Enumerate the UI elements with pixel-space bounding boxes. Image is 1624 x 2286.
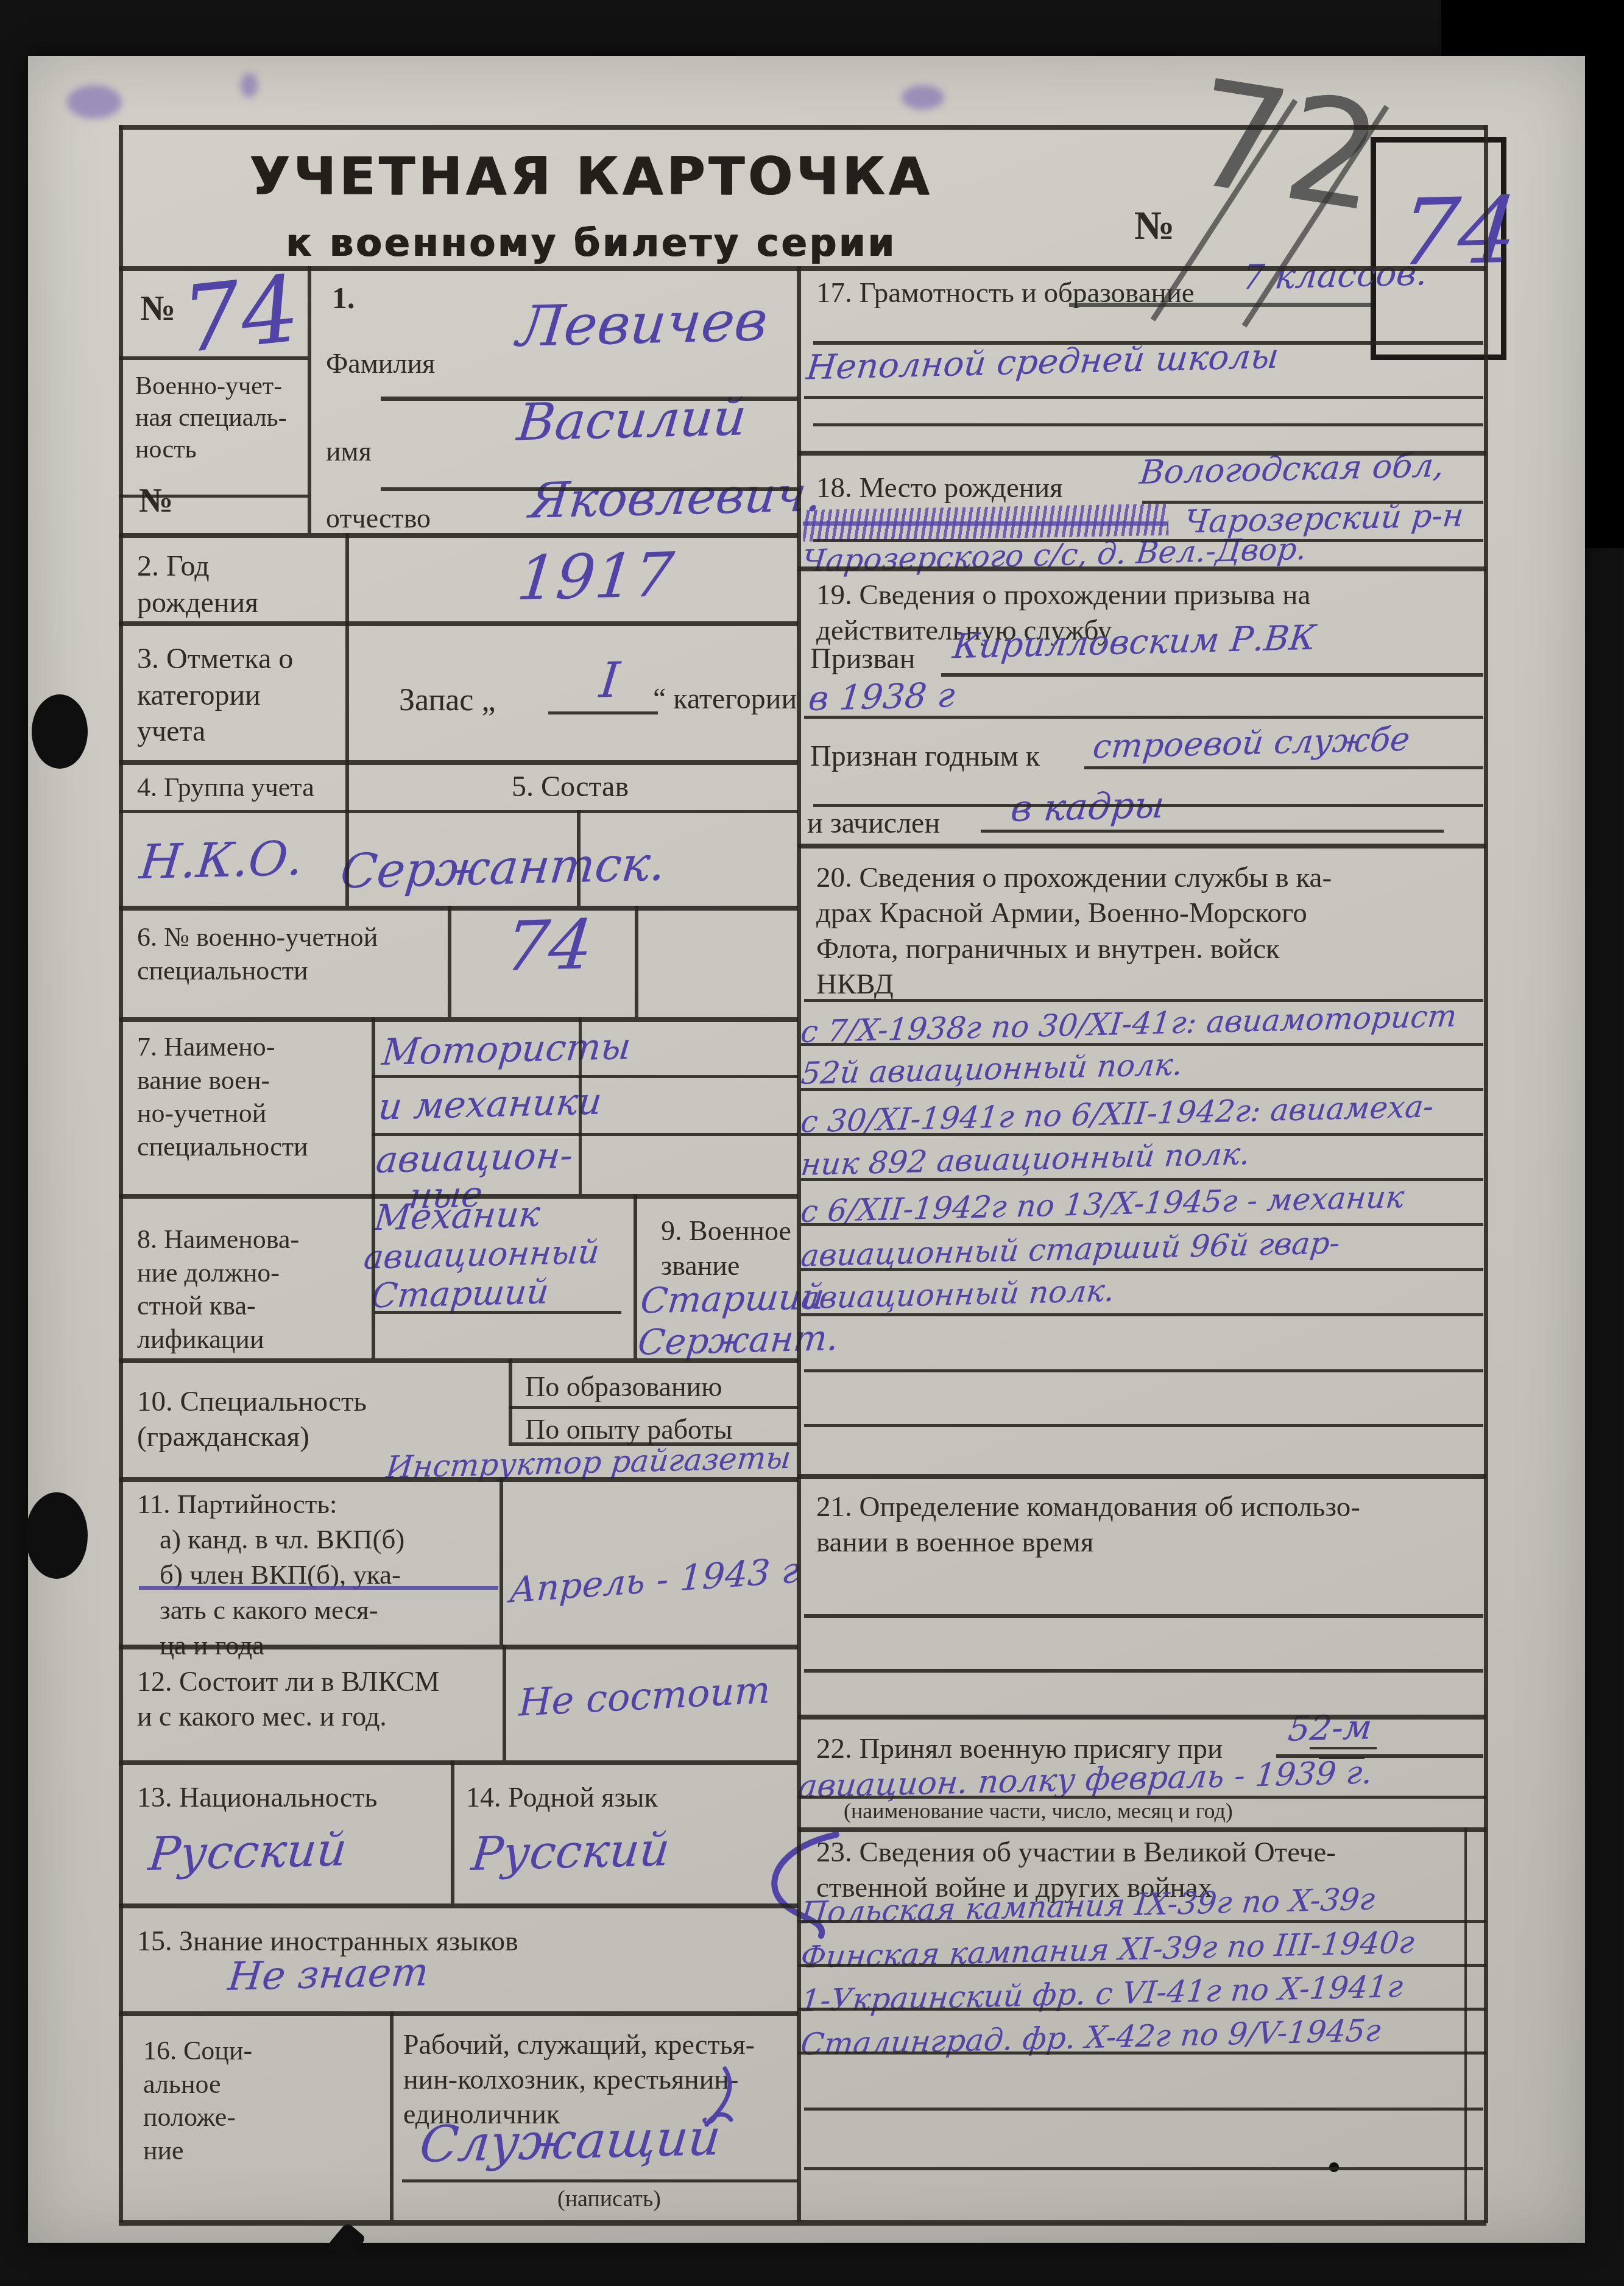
grid-line (804, 396, 1483, 399)
grid-line (798, 1715, 1486, 1720)
field10-label: 10. Специальность (гражданская) (137, 1384, 367, 1455)
grid-line (119, 1477, 798, 1482)
scanned-card: УЧЕТНАЯ КАРТОЧКА к военному билету серии… (0, 0, 1624, 2286)
strike-line (803, 521, 1168, 526)
grid-line (548, 711, 658, 714)
field9-label: 9. Военное звание (661, 1213, 791, 1283)
grid-line (372, 1017, 375, 1194)
field2-label: 2. Год рождения (137, 548, 258, 621)
social-status-value: Служащий (417, 2109, 724, 2174)
grid-line (798, 1474, 1486, 1479)
grid-line (345, 760, 349, 906)
surname-value: Левичев (514, 288, 771, 359)
grid-line (119, 125, 1486, 130)
grid-line (804, 999, 1483, 1002)
grid-line (798, 844, 1486, 848)
field1-number: 1. (332, 279, 355, 317)
grid-line (119, 1903, 798, 1908)
grid-line (804, 716, 1483, 719)
grid-line (119, 1645, 798, 1649)
grid-line (634, 1194, 637, 1358)
field11-line4: зать с какого меся- (160, 1593, 378, 1628)
ink-smudge (67, 85, 122, 119)
field7-value-2: и механики (376, 1081, 604, 1129)
field16-label: 16. Соци- альное положе- ние (143, 2034, 252, 2167)
grid-line (1310, 1747, 1377, 1749)
punch-hole (26, 1492, 88, 1579)
fit-label: Признан годным к (810, 738, 1040, 775)
surname-label: Фамилия (326, 346, 435, 381)
grid-line (1142, 501, 1483, 504)
field18-label: 18. Место рождения (816, 470, 1063, 506)
field10-row2-label: По опыту работы (525, 1412, 732, 1447)
grid-line (119, 356, 308, 360)
grid-line (798, 1920, 1486, 1923)
grid-line (509, 1406, 798, 1409)
grid-line (798, 1827, 1486, 1832)
field22-caption: (наименование части, число, месяц и год) (844, 1798, 1233, 1824)
party-underline (139, 1586, 498, 1590)
grid-line (119, 621, 798, 626)
grid-line (119, 1194, 798, 1199)
vus-speciality-label: Военно-учет- ная специаль- ность (135, 370, 287, 465)
field5-label: 5. Состав (512, 769, 629, 805)
grid-line (119, 810, 798, 813)
grid-line (804, 2167, 1483, 2170)
field8-value-2: авиационный (362, 1232, 601, 1276)
field8-value-1: Механик (372, 1193, 542, 1239)
grid-line (801, 1178, 1483, 1181)
grid-line (635, 906, 638, 1017)
series-number-sign: № (1134, 201, 1174, 251)
field17-label: 17. Грамотность и образование (816, 275, 1195, 311)
field11-line1: 11. Партийность: (137, 1487, 337, 1522)
field7-value-1: Мотористы (380, 1025, 633, 1074)
ink-smudge (902, 85, 944, 110)
grid-line (801, 1133, 1483, 1136)
zapas-post: “ категории (653, 681, 797, 718)
grid-line (119, 2220, 1486, 2226)
called-value-2: в 1938 г (807, 676, 956, 719)
zapas-pre: Запас „ (399, 681, 496, 720)
field20-label: 20. Сведения о прохождении службы в ка- … (816, 860, 1332, 1002)
field8-value-3: Старший (369, 1272, 551, 1316)
field4-label: 4. Группа учета (137, 771, 314, 805)
grid-line (375, 1311, 621, 1314)
grid-line (801, 1313, 1483, 1316)
field6-label: 6. № военно-учетной специальности (137, 921, 378, 987)
field8-label: 8. Наименова- ние должно- стной ква- лиф… (137, 1223, 299, 1356)
name-label: имя (326, 434, 372, 468)
grid-line (402, 2179, 798, 2182)
grid-line (509, 1358, 512, 1442)
grid-line (801, 1223, 1483, 1226)
grid-line (801, 1088, 1483, 1091)
grid-line (804, 1614, 1483, 1618)
grid-line (813, 804, 1483, 807)
grid-line (804, 1369, 1483, 1372)
grid-line (500, 1477, 503, 1645)
languages-value: Не знает (226, 1950, 431, 2000)
grid-line (503, 1645, 506, 1760)
nationality-value: Русский (146, 1822, 349, 1881)
punch-hole (32, 694, 88, 769)
field21-label: 21. Определение командования об использо… (816, 1489, 1360, 1561)
grid-line (579, 1017, 582, 1194)
field10-row1-label: По образованию (525, 1369, 722, 1404)
native-language-value: Русский (469, 1822, 672, 1881)
grid-line (1464, 1827, 1467, 2220)
grid-line (372, 1133, 798, 1136)
fit-value: строевой службе (1091, 720, 1411, 766)
oath-unit-number: 52-м (1287, 1707, 1374, 1749)
grid-line (798, 2051, 1486, 2055)
grid-line (345, 533, 349, 760)
grid-line (804, 1669, 1483, 1673)
vus-no-label: № (139, 480, 173, 522)
grid-line (381, 397, 798, 401)
grid-line (577, 810, 581, 906)
grid-line (804, 1424, 1483, 1427)
grid-line (119, 495, 308, 498)
grid-line (119, 1017, 798, 1022)
education-value-1: 7 классов. (1240, 253, 1429, 297)
grid-line (448, 906, 451, 1017)
pen-flourish (688, 2064, 743, 2131)
grid-line (372, 1194, 375, 1358)
grid-line (798, 451, 1486, 456)
ink-smudge (241, 73, 258, 97)
field14-label: 14. Родной язык (466, 1780, 658, 1815)
reg-no-label: № (140, 286, 175, 330)
grid-line (119, 1358, 798, 1363)
grid-line (797, 266, 801, 2221)
group-value: Н.К.О. (137, 831, 305, 890)
grid-line (813, 423, 1483, 426)
field12-label: 12. Состоит ли в ВЛКСМ и с какого мес. и… (137, 1664, 440, 1734)
rank-value-2: Сержант. (636, 1317, 841, 1363)
grid-line (801, 1043, 1483, 1046)
grid-line (804, 2108, 1483, 2111)
grid-line (1319, 1757, 1365, 1759)
grid-line (381, 487, 798, 491)
grid-line (308, 266, 311, 533)
grid-line (813, 539, 1483, 542)
grid-line (451, 1760, 454, 1903)
vus-number-value: 74 (501, 905, 596, 986)
called-label: Призван (810, 641, 915, 677)
enrolled-value: в кадры (1009, 784, 1166, 830)
grid-line (798, 566, 1486, 571)
grid-line (119, 266, 1486, 271)
patronymic-value: Яковлевич. (527, 465, 825, 529)
grid-line (119, 2011, 798, 2016)
sostav-value: Сержантск. (338, 837, 668, 900)
grid-line (1084, 766, 1483, 769)
field13-label: 13. Национальность (137, 1780, 378, 1815)
patronymic-label: отчество (326, 501, 431, 535)
grid-line (941, 673, 1483, 677)
grid-line (981, 830, 1444, 833)
grid-line (1484, 125, 1488, 2223)
grid-line (813, 341, 1483, 345)
grid-line (119, 906, 798, 911)
grid-line (798, 1964, 1486, 1967)
birth-year-value: 1917 (514, 539, 677, 614)
grid-line (798, 2008, 1486, 2011)
grid-line (1276, 1754, 1483, 1758)
grid-line (509, 1442, 798, 1446)
grid-line (119, 760, 798, 765)
field16-caption: (написать) (426, 2185, 792, 2212)
enrolled-label: и зачислен (807, 805, 940, 842)
grid-line (390, 2011, 394, 2220)
card-subtitle: к военному билету серии (183, 220, 999, 265)
card-title: УЧЕТНАЯ КАРТОЧКА (183, 146, 999, 207)
field3-label: 3. Отметка о категории учета (137, 641, 293, 750)
grid-line (119, 533, 798, 538)
grid-line (119, 125, 123, 2223)
grid-line (119, 1760, 798, 1765)
grid-line (798, 1796, 1486, 1799)
grid-line (801, 1268, 1483, 1271)
field7-label: 7. Наимено- вание воен- но-учетной специ… (137, 1031, 308, 1163)
grid-line (372, 1075, 798, 1078)
field11-line2: а) канд. в чл. ВКП(б) (160, 1523, 404, 1557)
